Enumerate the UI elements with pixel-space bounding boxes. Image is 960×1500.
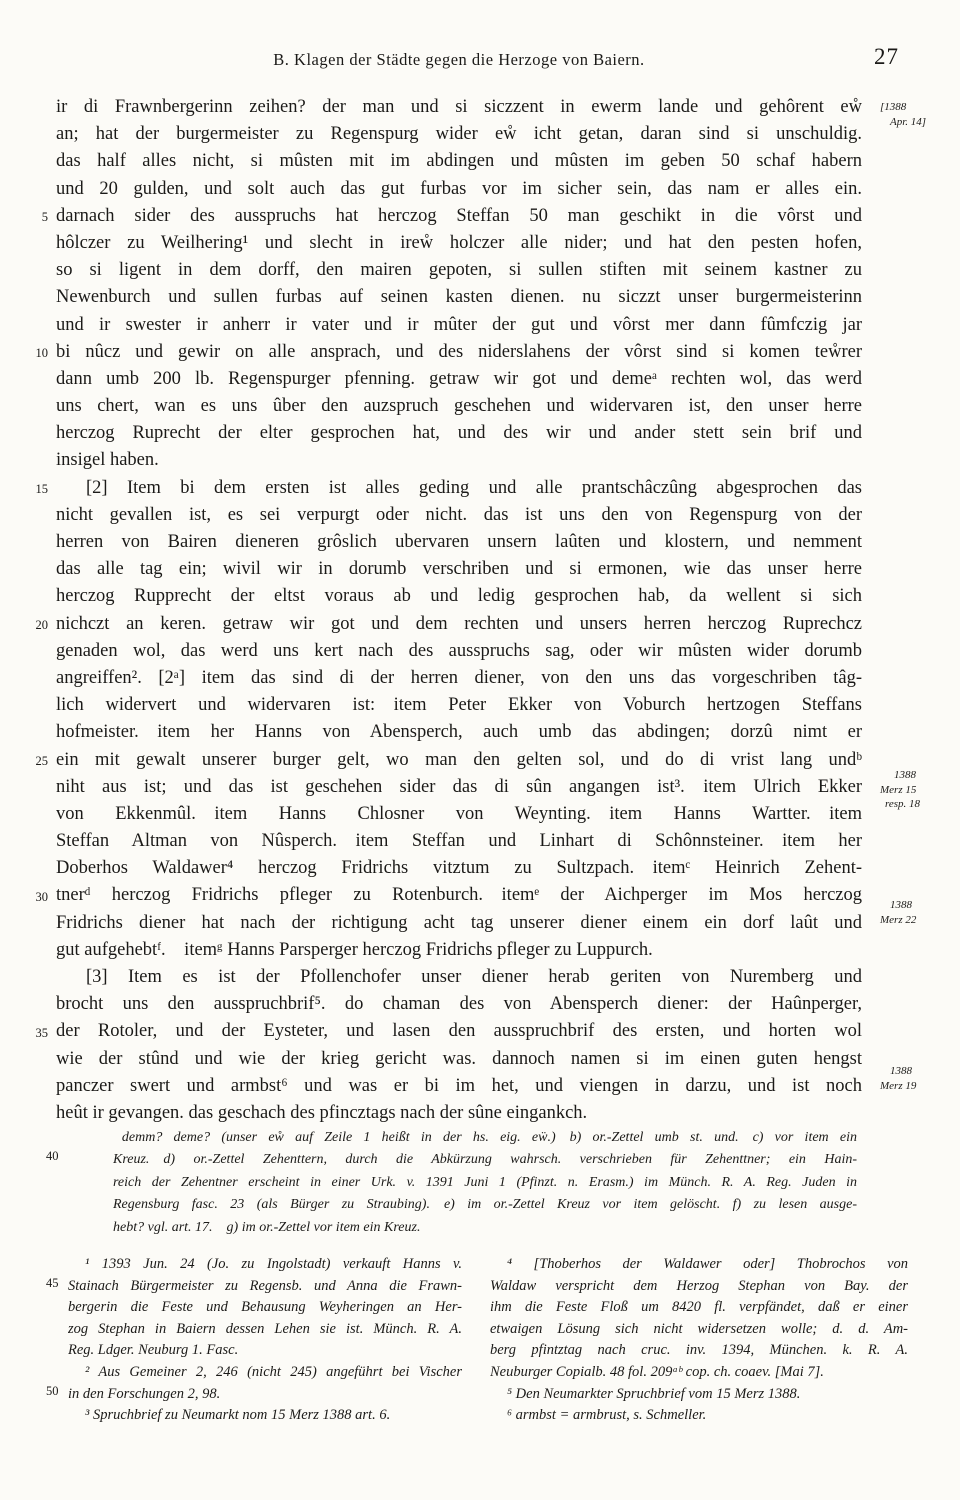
body-line: gut aufgehebtᶠ. itemᵍ Hanns Parsperger h… xyxy=(56,937,862,964)
body-line: das alle tag ein; wivil wir in dorumb ve… xyxy=(56,556,862,583)
footnote-line: berg pfintztag nach cruc. inv. 1394, Mün… xyxy=(490,1340,908,1362)
footnote-line: etwaigen Lösung sich nicht widersetzen w… xyxy=(490,1319,908,1341)
body-line: an; hat der burgermeister zu Regenspurg … xyxy=(56,121,862,148)
footnote-line: in den Forschungen 2, 98. xyxy=(68,1384,462,1406)
line-number: 20 xyxy=(26,612,48,639)
critical-apparatus: a) demm? deme? (unser eẘ auf Zeile 1 hei… xyxy=(99,1127,857,1239)
margin-note-line: 1388 xyxy=(880,1064,952,1079)
apparatus-line: Regensburg fasc. 23 (als Bürger zu Strau… xyxy=(113,1194,857,1216)
margin-note-date: 1388 Merz 15 resp. 18 xyxy=(880,768,952,812)
body-line: tnerᵈ herczog Fridrichs pfleger zu Roten… xyxy=(56,882,862,909)
body-line: brocht uns den ausspruchbrif⁵. do chaman… xyxy=(56,991,862,1018)
body-line: und ir swester ir anherr ir vater und ir… xyxy=(56,312,862,339)
body-line: [2] Item bi dem ersten ist alles geding … xyxy=(56,475,862,502)
body-line: Fridrichs diener hat nach der richtigung… xyxy=(56,910,862,937)
apparatus-line: a) demm? deme? (unser eẘ auf Zeile 1 hei… xyxy=(113,1127,857,1149)
footnote-line: ⁵ Den Neumarkter Spruchbrief vom 15 Merz… xyxy=(490,1384,908,1406)
margin-note-line: Merz 19 xyxy=(880,1079,952,1094)
body-line: angreiffen². [2ᵃ] item das sind di der h… xyxy=(56,665,862,692)
footnote-line: Waldaw verspricht dem Herzog Stephan von… xyxy=(490,1276,908,1298)
footnote-line: Stainach Bürgermeister zu Regensb. und A… xyxy=(68,1276,462,1298)
body-line: uns chert, wan es uns ûber den auzspruch… xyxy=(56,393,862,420)
footnote-line: bergerin die Feste und Behausung Weyheri… xyxy=(68,1297,462,1319)
margin-note-line: resp. 18 xyxy=(880,797,952,812)
margin-note-line: Merz 22 xyxy=(880,913,952,928)
margin-note-line: [1388 xyxy=(880,100,952,115)
body-line: [3] Item es ist der Pfollenchofer unser … xyxy=(56,964,862,991)
body-line: Newenburch und sullen furbas auf seinen … xyxy=(56,284,862,311)
body-line: darnach sider des ausspruchs hat herczog… xyxy=(56,203,862,230)
book-page: B. Klagen der Städte gegen die Herzoge v… xyxy=(0,0,960,1500)
margin-note-line: Apr. 14] xyxy=(880,115,952,130)
body-line: lich widervert und widervaren ist: item … xyxy=(56,692,862,719)
body-line: und 20 gulden, und solt auch das gut fur… xyxy=(56,176,862,203)
body-line: hofmeister. item her Hanns von Abensperc… xyxy=(56,719,862,746)
line-number: 35 xyxy=(26,1020,48,1047)
body-line: herczog Ruprecht der elter gesprochen ha… xyxy=(56,420,862,447)
body-line: ein mit gewalt unserer burger gelt, wo m… xyxy=(56,747,862,774)
footnote-line: ihm die Feste Floß um 8420 fl. verpfände… xyxy=(490,1297,908,1319)
apparatus-line: hebt? vgl. art. 17. g) im or.-Zettel vor… xyxy=(113,1217,857,1239)
body-line: herczog Rupprecht der eltst voraus ab un… xyxy=(56,583,862,610)
line-number: 5 xyxy=(26,204,48,231)
main-text: ir di Frawnbergerinn zeihen? der man und… xyxy=(56,94,862,1127)
body-line: Doberhos Waldawer⁴ herczog Fridrichs vit… xyxy=(56,855,862,882)
body-line: dann umb 200 lb. Regenspurger pfenning. … xyxy=(56,366,862,393)
body-line: ir di Frawnbergerinn zeihen? der man und… xyxy=(56,94,862,121)
body-line: so si ligent in dem dorff, den mairen ge… xyxy=(56,257,862,284)
footnote-line: ⁶ armbst = armbrust, s. Schmeller. xyxy=(490,1405,908,1427)
apparatus-line: reich der Zehentner erscheint in einer U… xyxy=(113,1172,857,1194)
body-line: niht aus ist; und das ist geschehen side… xyxy=(56,774,862,801)
footnote-line: ³ Spruchbrief zu Neumarkt nom 15 Merz 13… xyxy=(68,1405,462,1427)
apparatus-line: Kreuz. d) or.-Zettel Zehenttern, durch d… xyxy=(113,1149,857,1171)
body-line: wie der stûnd und wie der krieg gericht … xyxy=(56,1046,862,1073)
body-line: bi nûcz und gewir on alle ansprach, und … xyxy=(56,339,862,366)
line-number: 40 xyxy=(46,1149,72,1164)
body-line: genaden wol, das werd uns kert nach des … xyxy=(56,638,862,665)
margin-note-date: 1388 Merz 22 xyxy=(880,898,952,927)
body-line: nichczt an keren. getraw wir got und dem… xyxy=(56,611,862,638)
footnote-line: ² Aus Gemeiner 2, 246 (nicht 245) angefü… xyxy=(68,1362,462,1384)
body-line: heût ir gevangen. das geschach des pfinc… xyxy=(56,1100,862,1127)
footnote-column-left: ¹ 1393 Jun. 24 (Jo. zu Ingolstadt) verka… xyxy=(68,1254,462,1427)
footnote-line: zog Stephan in Baiern dessen Lehen sie i… xyxy=(68,1319,462,1341)
body-line: herren von Bairen dieneren grôslich uber… xyxy=(56,529,862,556)
footnote-line: ¹ 1393 Jun. 24 (Jo. zu Ingolstadt) verka… xyxy=(68,1254,462,1276)
line-number: 15 xyxy=(26,476,48,503)
margin-note-line: 1388 xyxy=(880,898,952,913)
body-line: nicht gevallen ist, es sei verpurgt oder… xyxy=(56,502,862,529)
body-line: Steffan Altman von Nûsperch. item Steffa… xyxy=(56,828,862,855)
body-line: der Rotoler, und der Eysteter, und lasen… xyxy=(56,1018,862,1045)
body-line: von Ekkenmûl. item Hanns Chlosner von We… xyxy=(56,801,862,828)
footnote-line: Neuburger Copialb. 48 fol. 209ᵃᵇ cop. ch… xyxy=(490,1362,908,1384)
margin-note-line: Merz 15 xyxy=(880,783,952,798)
body-line: hôlczer zu Weilhering¹ und slecht in ire… xyxy=(56,230,862,257)
body-line: insigel haben. xyxy=(56,447,862,474)
body-line: das half alles nicht, si mûsten mit im a… xyxy=(56,148,862,175)
line-number: 25 xyxy=(26,748,48,775)
running-header-title: B. Klagen der Städte gegen die Herzoge v… xyxy=(56,50,862,70)
margin-note-date: 1388 Merz 19 xyxy=(880,1064,952,1093)
line-number: 30 xyxy=(26,884,48,911)
body-line: panczer swert und armbst⁶ und was er bi … xyxy=(56,1073,862,1100)
page-number: 27 xyxy=(874,44,899,70)
footnote-line: ⁴ [Thoberhos der Waldawer oder] Thobroch… xyxy=(490,1254,908,1276)
footnote-column-right: ⁴ [Thoberhos der Waldawer oder] Thobroch… xyxy=(490,1254,908,1427)
line-number: 10 xyxy=(26,340,48,367)
margin-note-date: [1388 Apr. 14] xyxy=(880,100,952,129)
footnote-line: Reg. Ldger. Neuburg 1. Fasc. xyxy=(68,1340,462,1362)
margin-note-line: 1388 xyxy=(880,768,952,783)
